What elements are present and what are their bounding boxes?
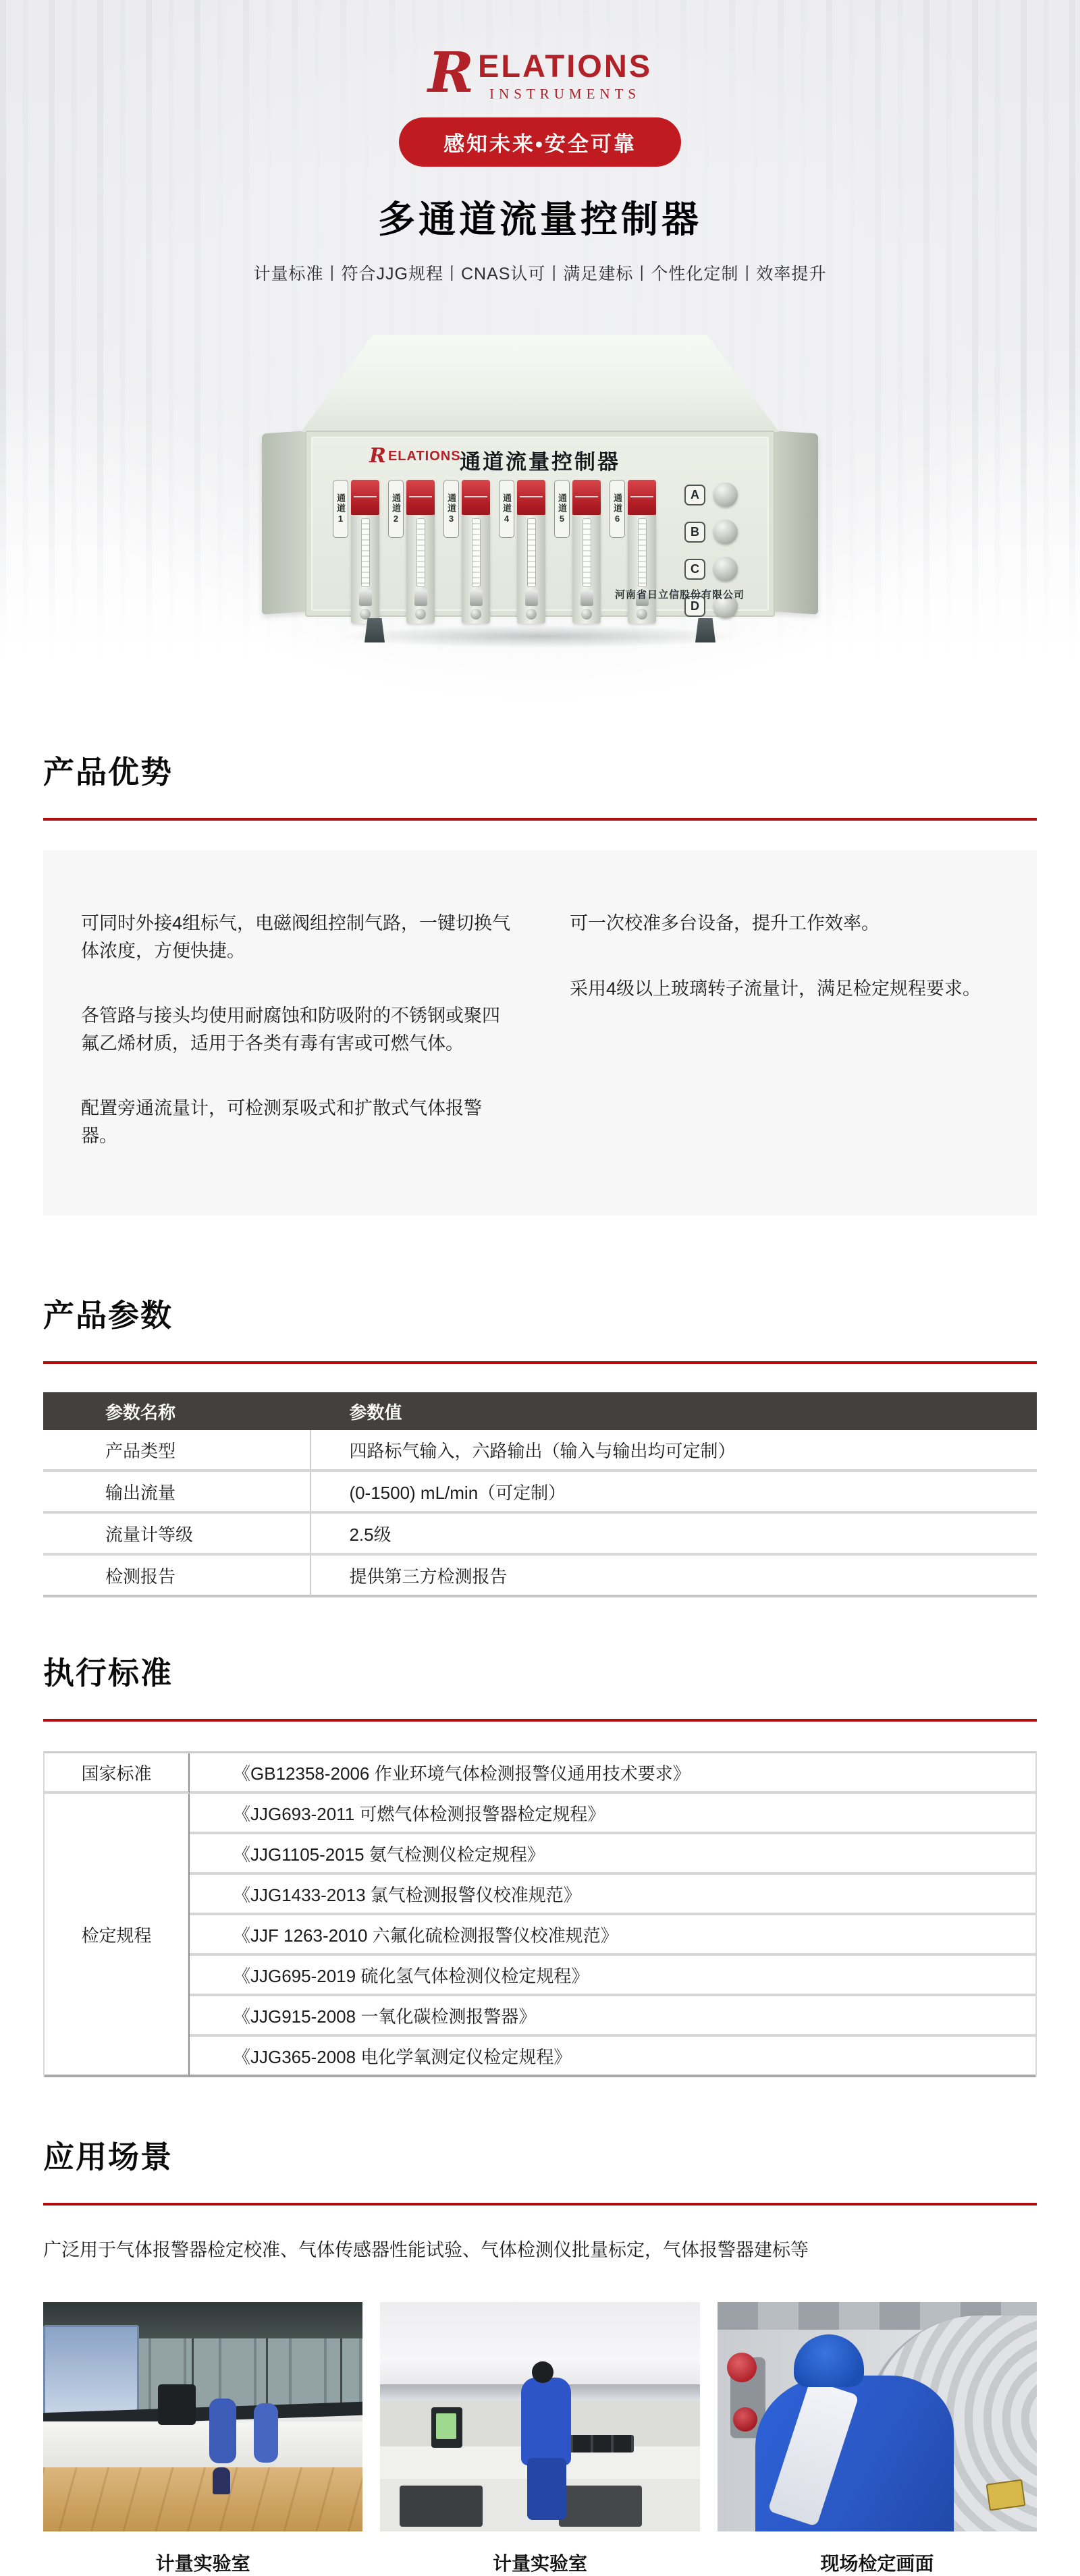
standards-heading: 执行标准 [43, 1649, 1037, 1693]
advantage-item: 可同时外接4组标气，电磁阀组控制气路，一键切换气体浓度，方便快捷。 [81, 910, 510, 964]
flowmeter-glass-tube [638, 518, 647, 587]
flowmeter-fitting [359, 590, 372, 606]
channel-label: 通道1 [333, 480, 348, 538]
photo2-cabinet-recess [559, 2486, 642, 2527]
photo2-technician-legs [527, 2458, 566, 2520]
flowmeter-fitting [414, 590, 427, 606]
advantages-left-column: 可同时外接4组标气，电磁阀组控制气路，一键切换气体浓度，方便快捷。 各管路与接头… [81, 910, 510, 1187]
hero-section: R ELATIONS INSTRUMENTS 感知未来•安全可靠 多通道流量控制… [0, 0, 1080, 709]
parameters-header-row: 参数名称 参数值 [43, 1392, 1037, 1430]
selector-row-b: B [684, 520, 738, 544]
flowmeter-channel-5: 通道5 [554, 480, 601, 624]
param-value: 四路标气输入，六路输出（输入与输出均可定制） [311, 1430, 1037, 1472]
selector-row-a: A [684, 483, 738, 507]
table-row: 产品类型 四路标气输入，六路输出（输入与输出均可定制） [43, 1430, 1037, 1472]
param-value: 2.5级 [311, 1514, 1037, 1556]
flowmeter-fitting [470, 590, 483, 606]
photo1-technician-2 [254, 2403, 278, 2463]
photo-metrology-lab-1 [43, 2302, 362, 2531]
standard-item: 《JJG1433-2013 氯气检测报警仪校准规范》 [190, 1875, 1035, 1915]
param-name: 产品类型 [43, 1430, 311, 1472]
table-row: 《JJG1105-2015 氨气检测仪检定规程》 [45, 1834, 1035, 1875]
product-photo-device: R ELATIONS 通道流量控制器 通道1 通道2 [243, 310, 837, 648]
table-row: 《JJG915-2008 一氧化碳检测报警器》 [45, 1996, 1035, 2037]
flowmeter-red-cap [628, 480, 656, 515]
standard-item: 《JJG1105-2015 氨气检测仪检定规程》 [190, 1834, 1035, 1875]
advantage-item: 可一次校准多台设备，提升工作效率。 [570, 910, 999, 937]
flowmeter-red-cap [351, 480, 379, 515]
flowmeter-tube-assembly [517, 480, 545, 624]
parameters-heading: 产品参数 [43, 1291, 1037, 1336]
flowmeter-fitting [525, 590, 538, 606]
advantages-panel: 可同时外接4组标气，电磁阀组控制气路，一键切换气体浓度，方便快捷。 各管路与接头… [43, 850, 1037, 1215]
selector-row-c: C [684, 557, 738, 581]
application-photo-figure-3: 现场检定画面 [718, 2302, 1037, 2576]
applications-description: 广泛用于气体报警器检定校准、气体传感器性能试验、气体检测仪批量标定，气体报警器建… [43, 2235, 1037, 2262]
flowmeter-glass-tube [361, 518, 370, 587]
param-name: 流量计等级 [43, 1514, 311, 1556]
flowmeter-channel-4: 通道4 [499, 480, 545, 624]
photo1-bench-cabinets [43, 2421, 362, 2472]
parameters-header-name: 参数名称 [43, 1392, 311, 1430]
photo-caption: 计量实验室 [380, 2549, 699, 2576]
product-page: R ELATIONS INSTRUMENTS 感知未来•安全可靠 多通道流量控制… [0, 0, 1080, 2576]
section-advantages: 产品优势 可同时外接4组标气，电磁阀组控制气路，一键切换气体浓度，方便快捷。 各… [43, 748, 1037, 1215]
flowmeter-red-cap [517, 480, 545, 515]
table-row: 《JJF 1263-2010 六氟化硫检测报警仪校准规范》 [45, 1915, 1035, 1956]
selector-knob [713, 520, 738, 544]
flowmeter-glass-tube [472, 518, 481, 587]
advantage-item: 配置旁通流量计，可检测泵吸式和扩散式气体报警器。 [81, 1095, 510, 1149]
standard-category: 检定规程 [45, 1794, 190, 2077]
selector-label: A [684, 485, 705, 505]
standard-category: 国家标准 [45, 1753, 190, 1794]
table-row: 《JJG695-2019 硫化氢气体检测仪检定规程》 [45, 1956, 1035, 1996]
photo-caption: 计量实验室 [43, 2549, 362, 2576]
flowmeter-glass-tube [416, 518, 425, 587]
section-divider-rule [43, 2203, 1037, 2205]
device-shadow [337, 625, 742, 648]
selector-label: C [684, 559, 705, 580]
brand-logo-text: ELATIONS INSTRUMENTS [478, 50, 652, 103]
flowmeter-red-cap [406, 480, 435, 515]
flowmeter-knob [360, 609, 371, 620]
brand-tagline-badge: 感知未来•安全可靠 [399, 117, 681, 167]
channel-label: 通道5 [554, 480, 570, 538]
parameters-header-value: 参数值 [311, 1392, 1037, 1430]
table-row: 国家标准 《GB12358-2006 作业环境气体检测报警仪通用技术要求》 [45, 1753, 1035, 1794]
flowmeter-tube-assembly [462, 480, 490, 624]
device-company-name: 河南省日立信股份有限公司 [615, 587, 745, 601]
channel-label: 通道3 [443, 480, 459, 538]
device-foot [364, 618, 385, 642]
photo1-stool [213, 2467, 230, 2494]
table-row: 检测报告 提供第三方检测报告 [43, 1556, 1037, 1597]
section-parameters: 产品参数 参数名称 参数值 产品类型 四路标气输入，六路输出（输入与输出均可定制… [43, 1291, 1037, 1597]
device-panel-header: R ELATIONS 通道流量控制器 [313, 445, 767, 473]
flowmeter-channel-6: 通道6 [610, 480, 656, 624]
table-row: 检定规程 《JJG693-2011 可燃气体检测报警器检定规程》 [45, 1794, 1035, 1834]
flowmeter-fitting [580, 590, 593, 606]
flowmeter-channel-1: 通道1 [333, 480, 379, 624]
flowmeter-channel-3: 通道3 [443, 480, 490, 624]
photo-field-verification [718, 2302, 1037, 2531]
brand-tagline-row: 感知未来•安全可靠 [0, 103, 1080, 167]
standards-table: 国家标准 《GB12358-2006 作业环境气体检测报警仪通用技术要求》 检定… [43, 1751, 1037, 2077]
flowmeter-tube-assembly [572, 480, 601, 624]
standard-item: 《JJG365-2008 电化学氧测定仪检定规程》 [190, 2037, 1035, 2077]
flowmeter-knob [637, 609, 647, 620]
device-panel-title: 通道流量控制器 [313, 445, 767, 475]
flowmeter-channel-2: 通道2 [388, 480, 435, 624]
advantage-item: 各管路与接头均使用耐腐蚀和防吸附的不锈钢或聚四氟乙烯材质，适用于各类有毒有害或可… [81, 1002, 510, 1057]
standard-item: 《JJF 1263-2010 六氟化硫检测报警仪校准规范》 [190, 1915, 1035, 1956]
flowmeter-glass-tube [527, 518, 536, 587]
channel-label: 通道4 [499, 480, 514, 538]
param-value: 提供第三方检测报告 [311, 1556, 1037, 1597]
flowmeter-knob [526, 609, 537, 620]
section-standards: 执行标准 国家标准 《GB12358-2006 作业环境气体检测报警仪通用技术要… [43, 1649, 1037, 2077]
standard-item: 《GB12358-2006 作业环境气体检测报警仪通用技术要求》 [190, 1753, 1035, 1794]
selector-knob [713, 483, 738, 507]
applications-heading: 应用场景 [43, 2133, 1037, 2177]
flowmeter-glass-tube [583, 518, 591, 587]
flowmeter-knob [415, 609, 426, 620]
channel-label: 通道2 [388, 480, 404, 538]
photo2-cabinet-recess [400, 2486, 483, 2527]
standard-item: 《JJG915-2008 一氧化碳检测报警器》 [190, 1996, 1035, 2037]
photo2-monitor-screen [436, 2413, 456, 2439]
product-title: 多通道流量控制器 [0, 190, 1080, 243]
param-value: (0-1500) mL/min（可定制） [311, 1472, 1037, 1514]
flowmeter-red-cap [462, 480, 490, 515]
page-content: 产品优势 可同时外接4组标气，电磁阀组控制气路，一键切换气体浓度，方便快捷。 各… [0, 748, 1080, 2576]
advantages-heading: 产品优势 [43, 748, 1037, 792]
table-row: 输出流量 (0-1500) mL/min（可定制） [43, 1472, 1037, 1514]
flowmeter-knob [581, 609, 592, 620]
section-divider-rule [43, 1719, 1037, 1722]
device-flowmeter-channels: 通道1 通道2 通道3 [333, 480, 656, 624]
param-name: 检测报告 [43, 1556, 311, 1597]
hero-content: R ELATIONS INSTRUMENTS 感知未来•安全可靠 多通道流量控制… [0, 0, 1080, 648]
photo1-technician-1 [209, 2399, 236, 2463]
application-photo-figure-1: 计量实验室 [43, 2302, 362, 2576]
brand-logo-sub: INSTRUMENTS [489, 86, 641, 103]
product-subtitle: 计量标准丨符合JJG规程丨CNAS认可丨满足建标丨个性化定制丨效率提升 [0, 261, 1080, 285]
brand-logo: R ELATIONS INSTRUMENTS [428, 50, 652, 103]
table-row: 流量计等级 2.5级 [43, 1514, 1037, 1556]
photo3-caution-tag [986, 2479, 1026, 2511]
brand-logo-r-glyph: R [428, 50, 474, 97]
photo2-technician-torso [521, 2378, 571, 2465]
flowmeter-tube-assembly [351, 480, 379, 624]
device-chassis: R ELATIONS 通道流量控制器 通道1 通道2 [305, 431, 775, 617]
selector-knob [713, 557, 738, 581]
photo-caption: 现场检定画面 [718, 2549, 1037, 2576]
section-divider-rule [43, 1361, 1037, 1364]
flowmeter-red-cap [572, 480, 601, 515]
table-row: 《JJG1433-2013 氯气检测报警仪校准规范》 [45, 1875, 1035, 1915]
advantage-item: 采用4级以上玻璃转子流量计，满足检定规程要求。 [570, 975, 999, 1003]
device-front-panel: R ELATIONS 通道流量控制器 通道1 通道2 [311, 437, 769, 611]
application-photos: 计量实验室 [43, 2302, 1037, 2576]
standard-item: 《JJG693-2011 可燃气体检测报警器检定规程》 [190, 1794, 1035, 1834]
photo3-red-valve [727, 2353, 757, 2382]
photo-metrology-lab-2 [380, 2302, 699, 2531]
section-applications: 应用场景 广泛用于气体报警器检定校准、气体传感器性能试验、气体检测仪批量标定，气… [43, 2133, 1037, 2576]
photo1-instrument-case [158, 2384, 196, 2425]
param-name: 输出流量 [43, 1472, 311, 1514]
section-divider-rule [43, 818, 1037, 821]
channel-label: 通道6 [610, 480, 625, 538]
photo1-wood-floor [43, 2467, 362, 2531]
flowmeter-tube-assembly [628, 480, 656, 624]
device-top-lid [301, 335, 779, 432]
flowmeter-knob [470, 609, 481, 620]
device-foot [695, 618, 715, 642]
flowmeter-tube-assembly [406, 480, 435, 624]
brand-logo-main: ELATIONS [478, 50, 652, 82]
parameters-table: 参数名称 参数值 产品类型 四路标气输入，六路输出（输入与输出均可定制） 输出流… [43, 1392, 1037, 1597]
table-row: 《JJG365-2008 电化学氧测定仪检定规程》 [45, 2037, 1035, 2077]
advantages-right-column: 可一次校准多台设备，提升工作效率。 采用4级以上玻璃转子流量计，满足检定规程要求… [570, 910, 999, 1187]
standard-item: 《JJG695-2019 硫化氢气体检测仪检定规程》 [190, 1956, 1035, 1996]
selector-label: B [684, 522, 705, 543]
application-photo-figure-2: 计量实验室 [380, 2302, 699, 2576]
